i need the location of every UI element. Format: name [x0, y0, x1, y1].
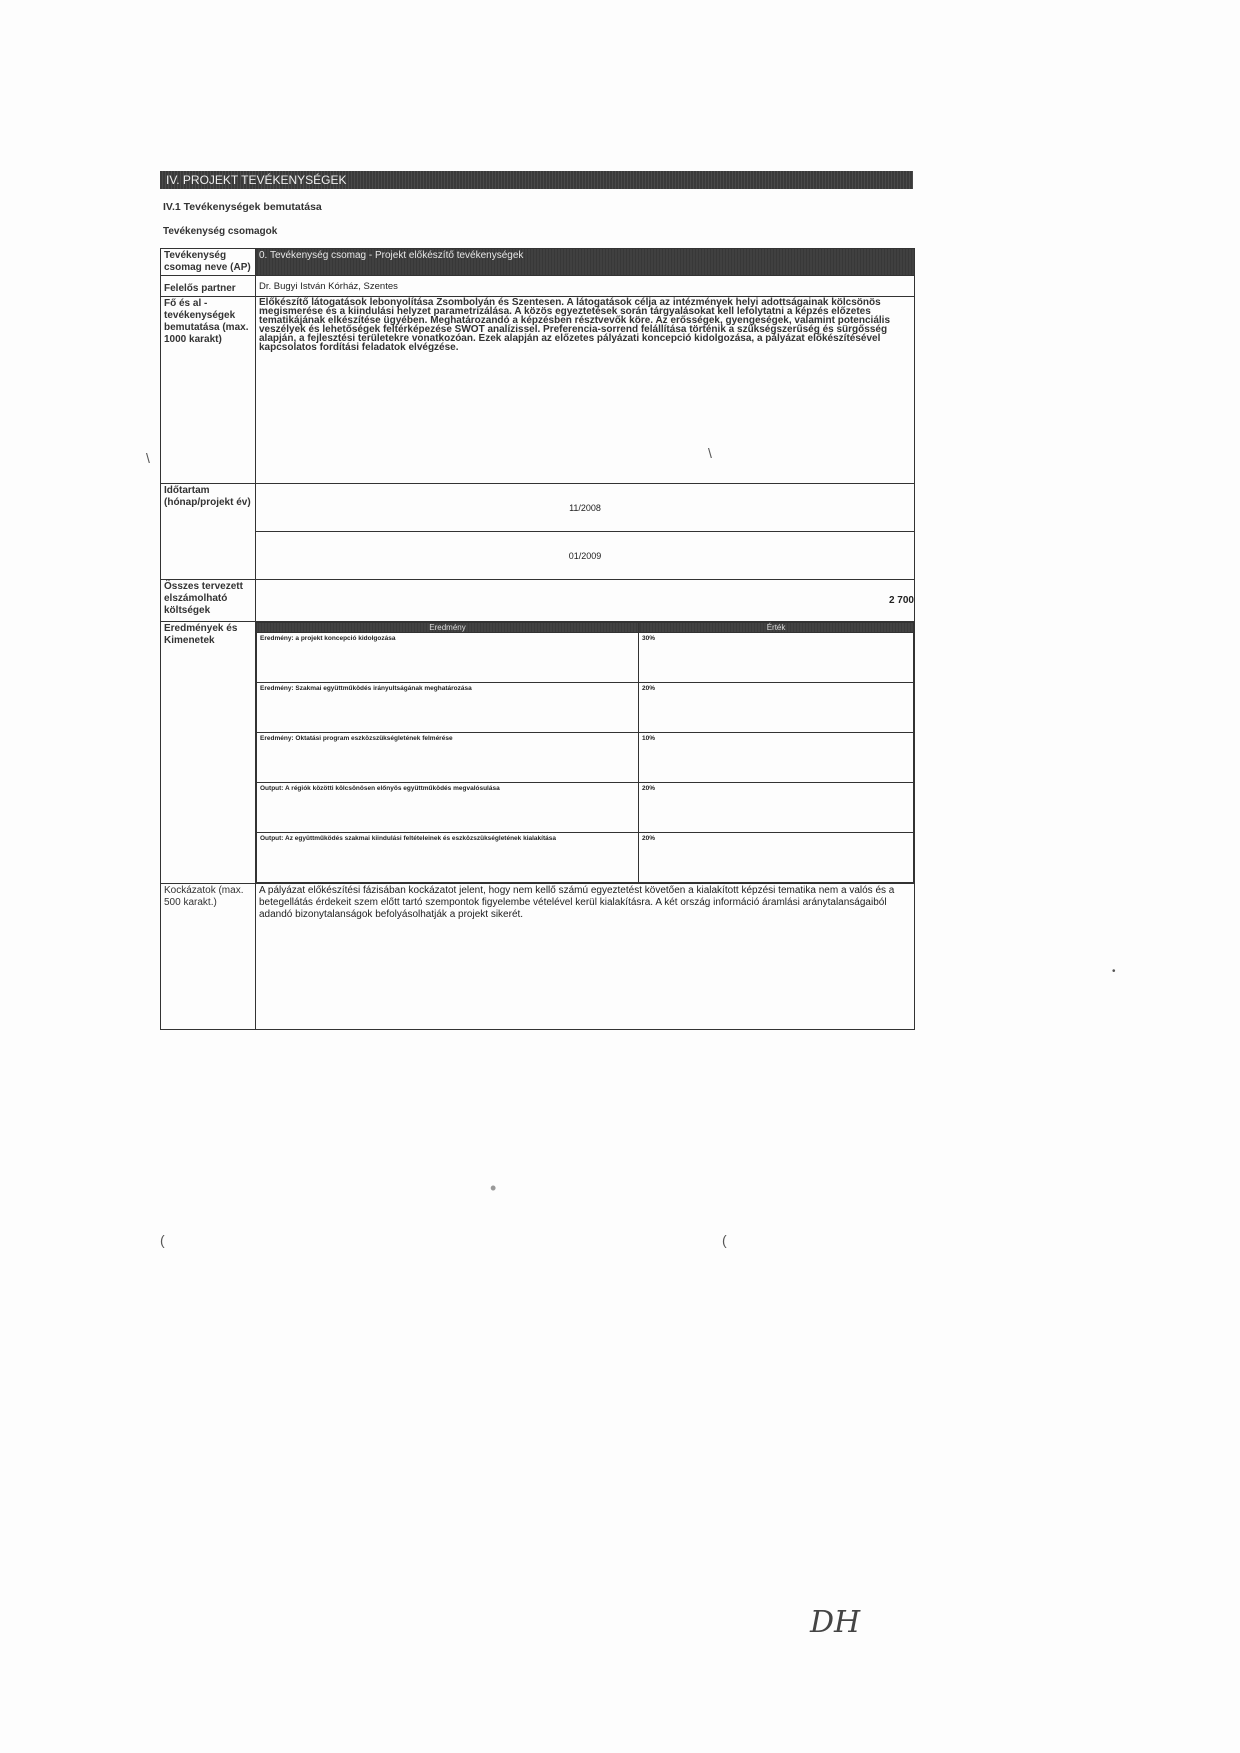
duration-start: 11/2008	[256, 484, 915, 532]
signature: DH	[810, 1605, 860, 1640]
partner-value: Dr. Bugyi István Kórház, Szentes	[256, 276, 915, 297]
costs-label: Összes tervezett elszámolható költségek	[161, 580, 256, 622]
result-value: 10%	[639, 733, 914, 783]
duration-end: 01/2009	[256, 532, 915, 580]
table-row: Output: Az együttműködés szakmai kiindul…	[257, 833, 914, 883]
ap-label: Tevékenység csomag neve (AP)	[161, 249, 256, 276]
scan-mark: •	[1112, 966, 1116, 977]
risks-value: A pályázat előkészítési fázisában kockáz…	[256, 884, 915, 1030]
results-table: Eredmény Érték Eredmény: a projekt konce…	[256, 622, 914, 883]
scan-mark: \	[146, 450, 150, 466]
results-cell: Eredmény Érték Eredmény: a projekt konce…	[256, 622, 915, 884]
table-row: Eredmény: a projekt koncepció kidolgozás…	[257, 633, 914, 683]
result-text: Eredmény: Szakmai együttműködés irányult…	[257, 683, 639, 733]
result-value: 20%	[639, 683, 914, 733]
result-text: Output: A régiók közötti kölcsönösen elő…	[257, 783, 639, 833]
section-title: IV. PROJEKT TEVÉKENYSÉGEK	[160, 171, 913, 189]
results-label: Eredmények és Kimenetek	[161, 622, 256, 884]
results-header-result: Eredmény	[257, 623, 639, 633]
result-value: 20%	[639, 833, 914, 883]
table-row: Eredmény: Szakmai együttműködés irányult…	[257, 683, 914, 733]
duration-label: Időtartam (hónap/projekt év)	[161, 484, 256, 580]
result-value: 20%	[639, 783, 914, 833]
subsection-title: IV.1 Tevékenységek bemutatása	[163, 201, 322, 213]
result-text: Eredmény: a projekt koncepció kidolgozás…	[257, 633, 639, 683]
subheading: Tevékenység csomagok	[163, 226, 277, 237]
activities-value: Előkészítő látogatások lebonyolítása Zso…	[256, 297, 915, 484]
scan-mark: (	[722, 1232, 727, 1248]
scan-mark: •	[490, 1178, 496, 1199]
table-row: Output: A régiók közötti kölcsönösen elő…	[257, 783, 914, 833]
result-value: 30%	[639, 633, 914, 683]
result-text: Eredmény: Oktatási program eszközszükség…	[257, 733, 639, 783]
activities-label: Fő és al - tevékenységek bemutatása (max…	[161, 297, 256, 484]
scan-mark: (	[160, 1232, 165, 1248]
results-header-value: Érték	[639, 623, 914, 633]
scan-mark: \	[708, 445, 712, 461]
partner-label: Felelős partner	[161, 276, 256, 297]
costs-value: 2 700	[256, 580, 915, 622]
table-row: Eredmény: Oktatási program eszközszükség…	[257, 733, 914, 783]
ap-value: 0. Tevékenység csomag - Projekt előkészí…	[256, 249, 915, 276]
activity-package-table: Tevékenység csomag neve (AP) 0. Tevékeny…	[160, 248, 915, 1030]
result-text: Output: Az együttműködés szakmai kiindul…	[257, 833, 639, 883]
faded-stamp	[950, 1610, 1130, 1680]
risks-label: Kockázatok (max. 500 karakt.)	[161, 884, 256, 1030]
